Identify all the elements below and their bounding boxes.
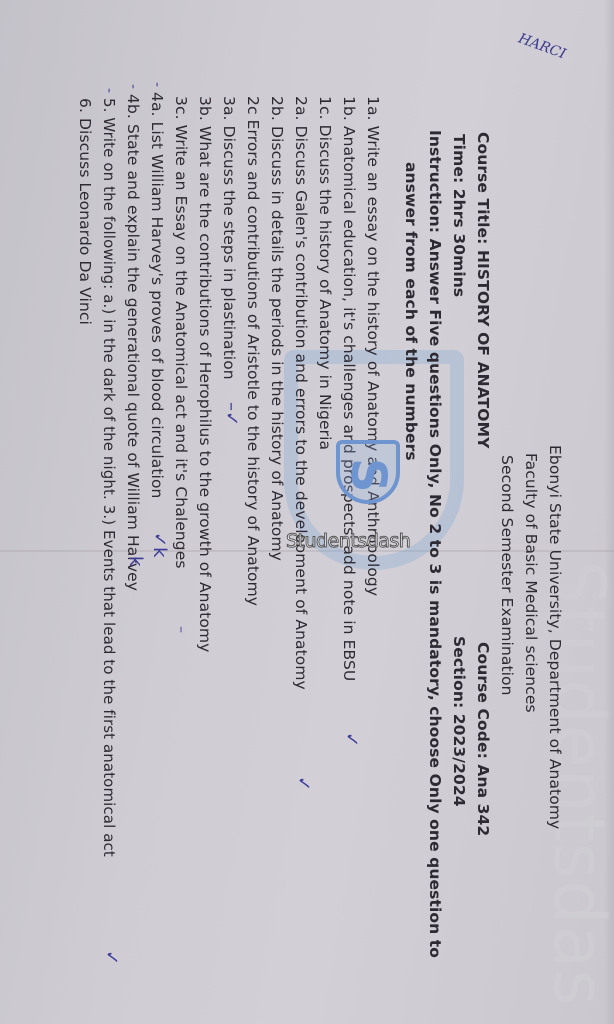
exam-paper-photo: Studentsdas HARCI Ebonyi State Universit… <box>0 0 614 1024</box>
studentsdash-logo-icon <box>336 440 400 504</box>
exam-page: Studentsdas HARCI Ebonyi State Universit… <box>0 0 614 1024</box>
instruction-line-1: Instruction: Answer Five questions Only,… <box>426 130 444 958</box>
watermark-brand-text: Studentsdash <box>286 530 410 552</box>
margin-dash: - <box>149 82 165 87</box>
check-mark-icon: ✓k <box>149 532 170 558</box>
exam-line: Second Semester Examination <box>498 455 516 696</box>
question-6: 6. Discuss Leonardo Da Vinci <box>76 98 94 325</box>
faculty-line: Faculty of Basic Medical sciences <box>522 453 540 713</box>
question-2a: 2a. Discuss Galen's contribution and err… <box>292 96 310 690</box>
instruction-line-2: answer from each of the numbers <box>402 162 420 461</box>
dash-mark: – <box>173 626 189 633</box>
question-3a: 3a. Discuss the steps in plastination <box>220 96 238 380</box>
question-4a: 4a. List William Harvey's proves of bloo… <box>148 92 166 498</box>
check-mark-icon: k <box>125 556 146 566</box>
margin-dash: - <box>101 88 117 93</box>
check-mark-icon: ✓ <box>293 776 314 791</box>
exam-time: Time: 2hrs 30mins <box>450 134 468 297</box>
question-2c: 2c Errors and contributions of Aristotle… <box>244 96 262 606</box>
handwritten-note: HARCI <box>516 31 568 63</box>
margin-dash: - <box>125 84 141 89</box>
course-code: Course Code: Ana 342 <box>474 642 492 836</box>
check-mark-icon: –✓ <box>221 402 242 426</box>
check-mark-icon: ✓ <box>341 732 362 747</box>
course-title: Course Title: HISTORY OF ANATOMY <box>474 132 492 448</box>
question-1a: 1a. Write an essay on the history of Ana… <box>364 96 382 596</box>
question-1c: 1c. Discuss the history of Anatomy in Ni… <box>316 96 334 450</box>
question-3b: 3b. What are the contributions of Heroph… <box>196 96 214 652</box>
university-line: Ebonyi State University, Department of A… <box>546 445 564 829</box>
exam-section: Section: 2023/2024 <box>450 636 468 807</box>
question-2b: 2b. Discuss in details the periods in th… <box>268 96 286 561</box>
question-4b: 4b. State and explain the generational q… <box>124 94 142 591</box>
question-1b: 1b. Anatomical education, it's challenge… <box>340 96 358 681</box>
question-3c: 3c. Write an Essay on the Anatomical act… <box>172 96 190 569</box>
check-mark-icon: ✓ <box>101 950 122 965</box>
question-5: 5. Write on the following: a.) in the da… <box>100 98 118 857</box>
